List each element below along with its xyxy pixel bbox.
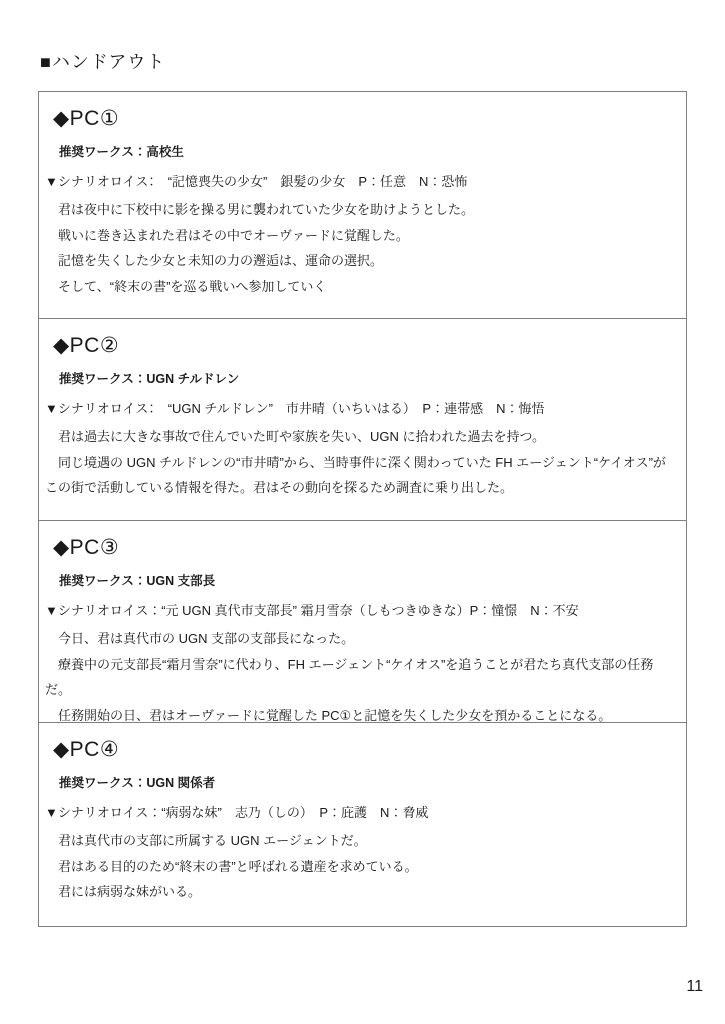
document-title: ■ハンドアウト [40,48,165,74]
pc1-recommended-works: 推奨ワークス：高校生 [59,144,676,160]
pc3-recommended-works: 推奨ワークス：UGN 支部長 [59,573,676,589]
pc3-scenario-lois: ▼シナリオロイス：“元 UGN 真代市支部長” 霜月雪奈（しもつきゆきな）P：憧… [45,602,676,620]
pc4-body-line: 君はある目的のため“終末の書”と呼ばれる遺産を求めている。 [45,854,676,880]
pc1-body-line: そして、“終末の書”を巡る戦いへ参加していく [45,274,676,300]
pc2-body-line: 君は過去に大きな事故で住んでいた町や家族を失い、UGN に拾われた過去を持つ。 [45,424,676,450]
page-number: 11 [686,978,703,996]
pc4-body-line: 君は真代市の支部に所属する UGN エージェントだ。 [45,828,676,854]
pc3-body-line: 療養中の元支部長“霜月雪奈”に代わり、FH エージェント“ケイオス”を追うことが… [45,652,676,703]
pc3-heading: ◆PC③ [53,533,676,563]
pc1-body-line: 君は夜中に下校中に影を操る男に襲われていた少女を助けようとした。 [45,197,676,223]
handout-section-pc4: ◆PC④ 推奨ワークス：UGN 関係者 ▼シナリオロイス：“病弱な妹” 志乃（し… [39,723,686,926]
pc4-heading: ◆PC④ [53,735,676,765]
pc2-body-line: 同じ境遇の UGN チルドレンの“市井晴”から、当時事件に深く関わっていた FH… [45,450,676,501]
pc4-scenario-lois: ▼シナリオロイス：“病弱な妹” 志乃（しの） P：庇護 N：脅威 [45,804,676,822]
handout-section-pc2: ◆PC② 推奨ワークス：UGN チルドレン ▼シナリオロイス： “UGN チルド… [39,319,686,521]
handout-section-pc1: ◆PC① 推奨ワークス：高校生 ▼シナリオロイス： “記憶喪失の少女” 銀髪の少… [39,92,686,319]
pc3-body-line: 任務開始の日、君はオーヴァードに覚醒した PC①と記憶を失くした少女を預かること… [45,703,676,724]
pc1-scenario-lois: ▼シナリオロイス： “記憶喪失の少女” 銀髪の少女 P：任意 N：恐怖 [45,173,676,191]
pc3-body-line: 今日、君は真代市の UGN 支部の支部長になった。 [45,626,676,652]
handout-table: ◆PC① 推奨ワークス：高校生 ▼シナリオロイス： “記憶喪失の少女” 銀髪の少… [38,91,687,927]
document-page: ■ハンドアウト ◆PC① 推奨ワークス：高校生 ▼シナリオロイス： “記憶喪失の… [0,0,725,1024]
pc1-heading: ◆PC① [53,104,676,134]
pc2-heading: ◆PC② [53,331,676,361]
pc4-body-line: 君には病弱な妹がいる。 [45,879,676,905]
pc2-recommended-works: 推奨ワークス：UGN チルドレン [59,371,676,387]
pc1-body-line: 記憶を失くした少女と未知の力の邂逅は、運命の選択。 [45,248,676,274]
pc1-body-line: 戦いに巻き込まれた君はその中でオーヴァードに覚醒した。 [45,223,676,249]
pc2-scenario-lois: ▼シナリオロイス： “UGN チルドレン” 市井晴（いちいはる） P：連帯感 N… [45,400,676,418]
pc4-recommended-works: 推奨ワークス：UGN 関係者 [59,775,676,791]
handout-section-pc3: ◆PC③ 推奨ワークス：UGN 支部長 ▼シナリオロイス：“元 UGN 真代市支… [39,521,686,723]
